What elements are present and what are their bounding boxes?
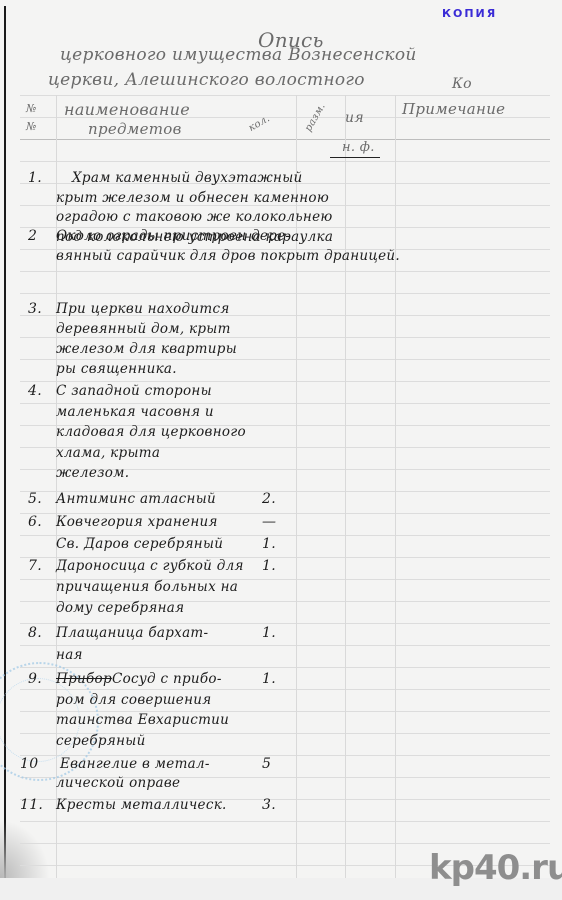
- item-number: 4.: [28, 383, 42, 399]
- item-quantity: 1.: [262, 625, 276, 641]
- item-description-line: кладовая для церковного: [56, 424, 246, 440]
- item-description-line: ры священника.: [56, 361, 177, 377]
- item-number: 11.: [20, 797, 43, 813]
- ruled-line: [20, 821, 550, 822]
- ruled-line: [20, 689, 550, 690]
- column-header-4: ия: [345, 110, 364, 126]
- item-description-line: маленькая часовня и: [56, 404, 214, 420]
- item-description-line: ром для совершения: [56, 692, 212, 708]
- scan-smudge: [0, 820, 50, 878]
- column-header-notes: Примечание: [402, 100, 505, 118]
- header-separator-line: [20, 139, 550, 140]
- item-quantity: —: [262, 514, 276, 530]
- item-description-line: Плащаница бархат-: [56, 625, 208, 641]
- item-number: 3.: [28, 301, 42, 317]
- item-quantity: 5: [262, 756, 271, 772]
- item-quantity: 1.: [262, 671, 276, 687]
- item-description-line: хлама, крыта: [56, 445, 160, 461]
- item-description-line: вянный сарайчик для дров покрыт драницей…: [56, 248, 400, 264]
- ruled-line: [20, 95, 550, 96]
- item-description-line: Кресты металлическ.: [56, 797, 227, 813]
- item-description-line: лической оправе: [56, 775, 180, 791]
- title-line-1: церковного имущества Вознесенской: [60, 45, 417, 65]
- item-number: 9.: [28, 671, 42, 687]
- column-header-name-2: предметов: [88, 120, 182, 138]
- number-mark-1: №: [26, 102, 37, 115]
- ruled-line: [20, 293, 550, 294]
- column-divider-size: [345, 95, 346, 878]
- struck-out-word: Прибор: [56, 671, 112, 687]
- ruled-line: [20, 359, 550, 360]
- item-description-line: таинства Евхаристии: [56, 712, 229, 728]
- item-number: 5.: [28, 491, 42, 507]
- item-description-line: железом для квартиры: [56, 341, 237, 357]
- column-subheader: н. ф.: [342, 140, 375, 155]
- item-description-line: серебряный: [56, 733, 146, 749]
- ruled-line: [20, 161, 550, 162]
- item-quantity: 1.: [262, 536, 276, 552]
- ruled-line: [20, 337, 550, 338]
- item-description-line: Около ограды пристроен дере-: [56, 228, 290, 244]
- item-description-line: Дароносица с губкой для: [56, 558, 244, 574]
- item-quantity: 1.: [262, 558, 276, 574]
- item-description-line: Евангелие в метал-: [60, 756, 210, 772]
- site-watermark: kp40.ru: [429, 848, 562, 888]
- item-description-line: дому серебряная: [56, 600, 184, 616]
- item-description-line: оградою с таковою же колокольнею: [56, 209, 333, 225]
- item-description-line: железом.: [56, 465, 129, 481]
- item-number: 6.: [28, 514, 42, 530]
- copy-stamp: КОПИЯ: [442, 7, 497, 20]
- ruled-line: [20, 645, 550, 646]
- column-divider-notes: [395, 95, 396, 878]
- item-description-line: Антиминс атласный: [56, 491, 216, 507]
- item-number: 10: [20, 756, 38, 772]
- ruled-line: [20, 623, 550, 624]
- item-description-line: При церкви находится: [56, 301, 230, 317]
- item-number: 8.: [28, 625, 42, 641]
- number-mark-2: №: [26, 120, 37, 133]
- column-header-name-1: наименование: [64, 100, 190, 119]
- item-description-line: Св. Даров серебряный: [56, 536, 223, 552]
- item-quantity: 3.: [262, 797, 276, 813]
- item-description-line: деревянный дом, крыт: [56, 321, 231, 337]
- ruled-line: [20, 843, 550, 844]
- subheader-underline: [330, 157, 380, 158]
- title-line-2: церкви, Алешинского волостного: [48, 70, 365, 90]
- item-description-line: ная: [56, 647, 83, 663]
- item-number: 2: [28, 228, 37, 244]
- ruled-line: [20, 271, 550, 272]
- title-suffix: Ко: [452, 76, 472, 92]
- item-description-line: С западной стороны: [56, 383, 212, 399]
- ruled-line: [20, 381, 550, 382]
- item-description-line: Ковчегория хранения: [56, 514, 218, 530]
- item-description-line: Храм каменный двухэтажный: [72, 170, 303, 186]
- item-description-line: причащения больных на: [56, 579, 238, 595]
- item-number: 7.: [28, 558, 42, 574]
- ruled-line: [20, 667, 550, 668]
- item-number: 1.: [28, 170, 42, 186]
- item-description-line: крыт железом и обнесен каменною: [56, 190, 329, 206]
- item-description-line: Сосуд с прибо-: [112, 671, 222, 687]
- item-quantity: 2.: [262, 491, 276, 507]
